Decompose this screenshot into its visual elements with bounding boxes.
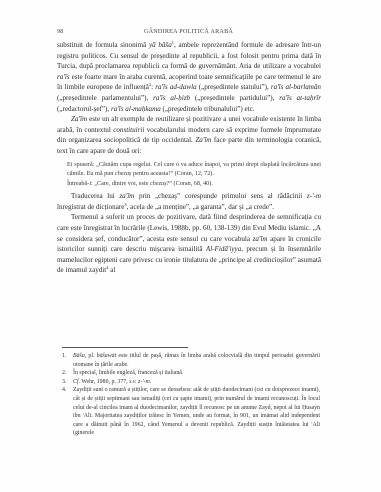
footnote-separator	[62, 347, 188, 348]
footnotes: 1.Bāša, pl. bāšawāt este titlul de pașă,…	[62, 352, 320, 438]
paragraph-3: Traducerea lui za'īm prin „chezaș” cores…	[57, 191, 321, 212]
paragraph-2: Za'īm este un alt exemplu de reutilizare…	[57, 114, 321, 156]
paragraph-1: substituit de formula sinonimă yā bāša1,…	[57, 40, 321, 114]
quote-2: Întreabă-i: „Care, dintre voi, este chez…	[67, 179, 321, 188]
quran-quote-block: Ei spuseră: „Căutăm cupa regelui. Cel ca…	[67, 160, 321, 189]
body-text: substituit de formula sinonimă yā bāša1,…	[57, 40, 321, 276]
footnote-2: 2.În special, limbile engleză, franceză …	[62, 369, 320, 378]
paragraph-4: Termenul a suferit un proces de pozitiva…	[57, 212, 321, 276]
running-header: 98 GÂNDIREA POLITICĂ ARABĂ	[57, 28, 320, 38]
footnote-4: 4.Zaydiții sunt o ramură a șiiților, car…	[62, 386, 320, 438]
book-page: 98 GÂNDIREA POLITICĂ ARABĂ substituit de…	[0, 0, 381, 492]
footnote-3: 3.Cf. Wehr, 1980, p. 377, s.v. z-'-m.	[62, 378, 320, 387]
running-title: GÂNDIREA POLITICĂ ARABĂ	[57, 28, 320, 35]
footnote-1: 1.Bāša, pl. bāšawāt este titlul de pașă,…	[62, 352, 320, 369]
quote-1: Ei spuseră: „Căutăm cupa regelui. Cel ca…	[67, 160, 321, 178]
